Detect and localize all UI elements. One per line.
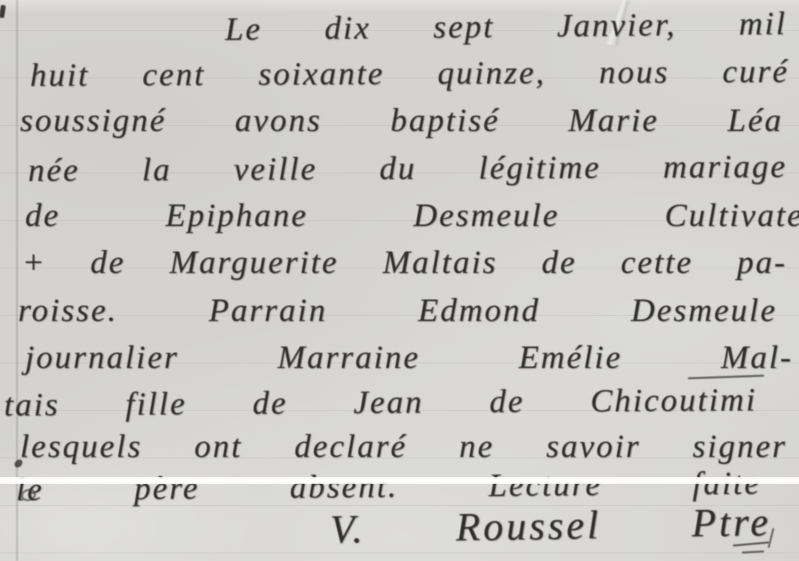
scan-white-stripe: [0, 477, 799, 484]
text-line-6: + de Marguerite Maltais de cette pa-: [22, 245, 787, 291]
text-line-3: soussigné avons baptisé Marie Léa: [20, 103, 783, 149]
text-line-4: née la veille du légitime mariage: [28, 149, 787, 199]
text-line-2: huit cent soixante quinze, nous curé: [30, 54, 789, 104]
register-page: Le dix sept Janvier, mil huit cent soixa…: [0, 0, 799, 561]
text-line-9: tais fille de Jean de Chicoutimi: [4, 382, 757, 433]
ink-tick-mark: [0, 5, 6, 19]
signature-flourish-2: [742, 550, 764, 553]
signature-line: V. Roussel Ptre: [330, 499, 772, 553]
text-line-1: Le dix sept Janvier, mil: [225, 6, 787, 58]
text-line-7: roisse. Parrain Edmond Desmeule: [18, 293, 777, 339]
text-line-8: journalier Marraine Emélie Mal-: [25, 340, 793, 386]
text-line-5: de Epiphane Desmeule Cultivateur: [25, 198, 799, 244]
